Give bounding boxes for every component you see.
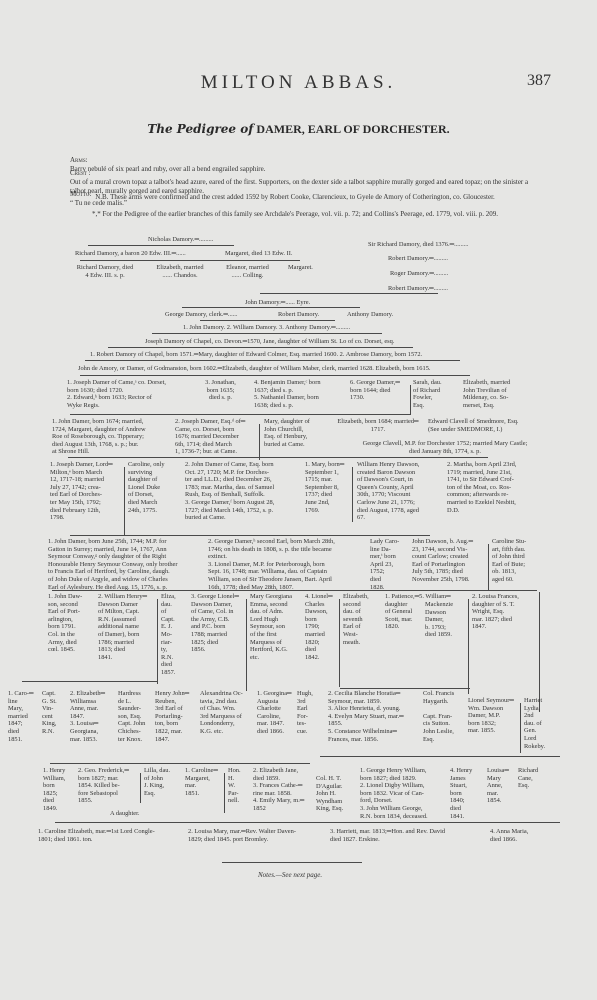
connector	[182, 307, 360, 308]
entry-john-damory-eyre: John Damory.═...... Eyre.	[245, 299, 310, 307]
pedigree-title-rest: DAMER, EARL OF DORCHESTER.	[253, 122, 449, 136]
entry-louisa-mary-1829: 2. Louisa Mary, mar.═Rev. Walter Daven- …	[188, 828, 318, 843]
pedigree-title: The Pedigree of DAMER, EARL OF DORCHESTE…	[0, 122, 597, 137]
entry-john-damer-came-1720: 2. John Damer of Came, Esq. born Oct. 27…	[185, 461, 300, 522]
connector	[260, 293, 438, 294]
connector	[152, 333, 382, 334]
entry-george-henry-lionel-john: 1. George Henry William, born 1827; died…	[360, 767, 445, 820]
entry-william-henry-dawson-damer: 2. William Henry═ Dawson Damer of Milton…	[98, 593, 156, 661]
entry-lady-caroline-damer: Lady Caro- line Da- mer,ⁱ born April 23,…	[370, 538, 410, 591]
entry-martha-1719: 2. Martha, born April 23rd, 1719; marrie…	[447, 461, 542, 514]
entry-a-daughter: A daughter.	[110, 810, 139, 818]
pedigree-title-blackletter: The Pedigree of	[147, 122, 253, 136]
connector	[70, 414, 410, 415]
entry-roger-damory: Roger Damory.═.........	[390, 270, 448, 278]
entry-robert-damory-3: Robert Damory.	[278, 311, 319, 319]
entry-george-damer-1644: 6. George Damer,═ born 1644; died 1730.	[350, 379, 410, 402]
entry-sir-richard-damory: Sir Richard Damory, died 1376.═.........	[368, 241, 469, 249]
entry-joseph-damer-came: 1. Joseph Damer of Came,ᵃ co. Dorset, bo…	[67, 379, 197, 409]
connector	[85, 360, 460, 361]
connector	[140, 773, 141, 803]
connector	[246, 599, 247, 691]
entry-elizabeth-westmeath: Elizabeth, second dau. of seventh Earl o…	[343, 593, 383, 646]
entry-joseph-damory-chapel: Joseph Damory of Chapel, co. Devon.═1570…	[145, 338, 394, 346]
connector	[352, 467, 353, 522]
entry-robert-damory-2: Robert Damory.═.........	[388, 285, 448, 293]
connector	[539, 592, 540, 712]
entry-richard-damory-baron: Richard Damory, a baron 20 Edw. III.═...…	[75, 250, 186, 258]
notes-see-next-page: Notes.—See next page.	[258, 872, 322, 880]
connector	[88, 245, 234, 246]
entry-eliza-moriarty: Eliza, dau. of Capt. E. J. Mo- riar- ty,…	[161, 593, 189, 677]
entry-george-damory-clerk: George Damory, clerk.═......	[165, 311, 238, 319]
connector	[157, 599, 158, 684]
entry-mary-georgiana: Mary Georgiana Emma, second dau. of Adm.…	[250, 593, 305, 661]
entry-jonathan: 3. Jonathan, born 1635; died s. p.	[198, 379, 243, 402]
entry-sarah-fowler: Sarah, dau. of Richard Fowler, Esq.	[413, 379, 458, 409]
entry-henry-william: 1. Henry William, born 1825; died 1849.	[43, 767, 75, 813]
entry-eleanor-colling: Eleanor, married ...... Colling.	[215, 264, 280, 279]
entry-harriet-lydia: Harriet Lydia, 2nd dau. of Gen. Lord Rok…	[524, 697, 556, 750]
connector	[80, 260, 300, 261]
entry-hon-parnell: Hon. H. W. Par- nell.	[228, 767, 250, 805]
entry-richard-cane: Richard Cane, Esq.	[518, 767, 550, 790]
entry-hardress-knox: Hardress de L. Saunder- son, Esq. Capt. …	[118, 690, 154, 743]
entry-caroline-stuart: Caroline Stu- art, fifth dau. of John th…	[492, 538, 547, 584]
connector	[224, 773, 225, 813]
entry-nicholas-damory: Nicholas Damory.═.........	[148, 236, 213, 244]
entry-elizabeth-1684: Elizabeth, born 1684; married═ 1717.	[328, 418, 428, 433]
entry-richard-damory-died: Richard Damory, died 4 Edw. III. s. p.	[65, 264, 145, 279]
connector	[340, 688, 470, 689]
page-number: 387	[527, 72, 551, 90]
entry-elizabeth-williamsa-louisa: 2. Elizabeth═ Williamsa Anne, mar. 1847.…	[70, 690, 118, 743]
entry-husbands: Col. Francis Haygarth. Capt. Fran- cis S…	[423, 690, 463, 743]
entry-louisa-frances: 2. Louisa Frances, daughter of S. T. Wri…	[472, 593, 537, 631]
entry-hugh-fortescue: Hugh, 3rd Earl For- tes- cue.	[297, 690, 319, 736]
entry-daughters-cecilia: 2. Cecilia Blanche Horatia═ Seymour, mar…	[328, 690, 428, 743]
connector	[520, 703, 521, 753]
entry-elizabeth-jane-frances-emily: 2. Elizabeth Jane, died 1859. 3. Frances…	[253, 767, 318, 813]
connector	[488, 544, 489, 590]
entry-anthony-damory: Anthony Damory.	[347, 311, 393, 319]
entry-edward-clavell: Edward Clavell of Smedmore, Esq. (See un…	[428, 418, 548, 433]
entry-geo-frederick: 2. Geo. Frederick,═ born 1827; mar. 1854…	[78, 767, 138, 805]
entry-george-clavell: George Clavell, M.P. for Dorchester 1752…	[330, 440, 560, 455]
entry-john-damer-1674: 1. John Damer, born 1674; married, 1724,…	[52, 418, 172, 456]
entry-louisa-mary-anne: Louisa═ Mary Anne, mar. 1854.	[487, 767, 515, 805]
entry-capt-king: Capt. G. St. Vin- cent King, R.N.	[42, 690, 70, 736]
entry-caroline-margaret: 1. Caroline═ Margaret, mar. 1851.	[185, 767, 225, 797]
connector	[320, 756, 560, 757]
entry-george-second-earl: 2. George Damer,ʰ second Earl, born Marc…	[208, 538, 368, 591]
entry-lionel-charles: 4. Lionel═ Charles Dawson, born 1790; ma…	[305, 593, 340, 661]
entry-georgina: 1. Georgina═ Augusta Charlotte Caroline,…	[257, 690, 297, 736]
connector	[108, 347, 413, 348]
entry-sons-of-george: 1. John Damory. 2. William Damory. 3. An…	[183, 324, 350, 332]
connector	[124, 467, 125, 535]
entry-margaret-13-edw: Margaret, died 13 Edw. II.	[225, 250, 292, 258]
entry-robert-damory-1: Robert Damory.═.........	[388, 255, 448, 263]
crest-label: Crest :	[70, 169, 91, 177]
connector	[80, 375, 470, 376]
book-page: MILTON ABBAS. 387 The Pedigree of DAMER,…	[0, 0, 597, 1000]
entry-joseph-lord-milton: 1. Joseph Damer, Lord═ Milton,ᵉ born Mar…	[50, 461, 125, 522]
entry-margaret: Margaret.	[288, 264, 313, 272]
connector	[52, 590, 537, 591]
connector	[70, 535, 430, 536]
entry-john-de-amory: John de Amory, or Damer, of Godmanston, …	[78, 365, 431, 373]
entry-caroline-elizabeth: 1. Caroline Elizabeth, mar.═1st Lord Con…	[38, 828, 198, 843]
entry-caroline-mary: 1. Caro-═ line Mary, married 1847; died …	[8, 690, 40, 743]
running-title: MILTON ABBAS.	[0, 72, 597, 94]
connector	[259, 424, 260, 460]
connector	[50, 763, 310, 764]
entry-henry-james-stuart: 4. Henry James Stuart, born 1840; died 1…	[450, 767, 480, 820]
nb-note: N.B. These arms were confirmed and the c…	[55, 193, 535, 202]
entry-joseph-damer-esq: 2. Joseph Damer, Esq.ᵈ of═ Came, co. Dor…	[175, 418, 260, 456]
entry-henry-john-reuben: Henry John═ Reuben, 3rd Earl of Portarli…	[155, 690, 200, 743]
entry-aguilar-king: Col. H. T. D'Aguilar. John H. Wyndham Ki…	[316, 775, 356, 813]
earlier-branches-note: *,* For the Pedigree of the earlier bran…	[55, 210, 535, 219]
connector	[200, 320, 335, 321]
entry-alexandrina: Alexandrina Oc- tavia, 2nd dau. of Chas.…	[200, 690, 255, 736]
entry-elizabeth-trevilian: Elizabeth, married John Trevilian of Mil…	[463, 379, 533, 409]
entry-john-damer-1744: 1. John Damer, born June 25th, 1744; M.P…	[48, 538, 206, 591]
entry-robert-damory-chapel: 1. Robert Damory of Chapel, born 1571.═M…	[90, 351, 422, 359]
entry-mary-churchill: Mary, daughter of John Churchill, Esq. o…	[264, 418, 324, 448]
entry-john-dawson-2nd-earl: 1. John Daw- son, second Earl of Port- a…	[48, 593, 93, 654]
entry-lilla-king: Lilla, dau. of John J. King, Esq.	[144, 767, 182, 797]
connector	[55, 822, 560, 823]
entry-benjamin-nathaniel: 4. Benjamin Damer,ᶜ born 1637; died s. p…	[254, 379, 339, 409]
connector	[339, 599, 340, 687]
entry-harriett: 3. Harriett, mar. 1813;═Hon. and Rev. Da…	[330, 828, 490, 843]
entry-anna-maria: 4. Anna Maria, died 1866.	[490, 828, 545, 843]
connector	[68, 457, 488, 458]
connector	[410, 385, 411, 415]
entry-john-dawson-1744: John Dawson, b. Aug.═ 23, 1744, second V…	[412, 538, 487, 584]
entry-william-henry-dawson: William Henry Dawson, created Baron Daws…	[357, 461, 442, 522]
entry-elizabeth-chandos: Elizabeth, married ...... Chandos.	[145, 264, 215, 279]
footnote-rule	[222, 862, 362, 863]
connector	[22, 681, 157, 682]
entry-lionel-seymour: Lionel Seymour═ Wm. Dawson Damer, M.P. b…	[468, 697, 523, 735]
entry-caroline-dorset: Caroline, only surviving daughter of Lio…	[128, 461, 183, 514]
connector	[468, 599, 469, 694]
entry-george-lionel: 3. George Lionel═ Dawson Damer, of Came,…	[191, 593, 246, 654]
